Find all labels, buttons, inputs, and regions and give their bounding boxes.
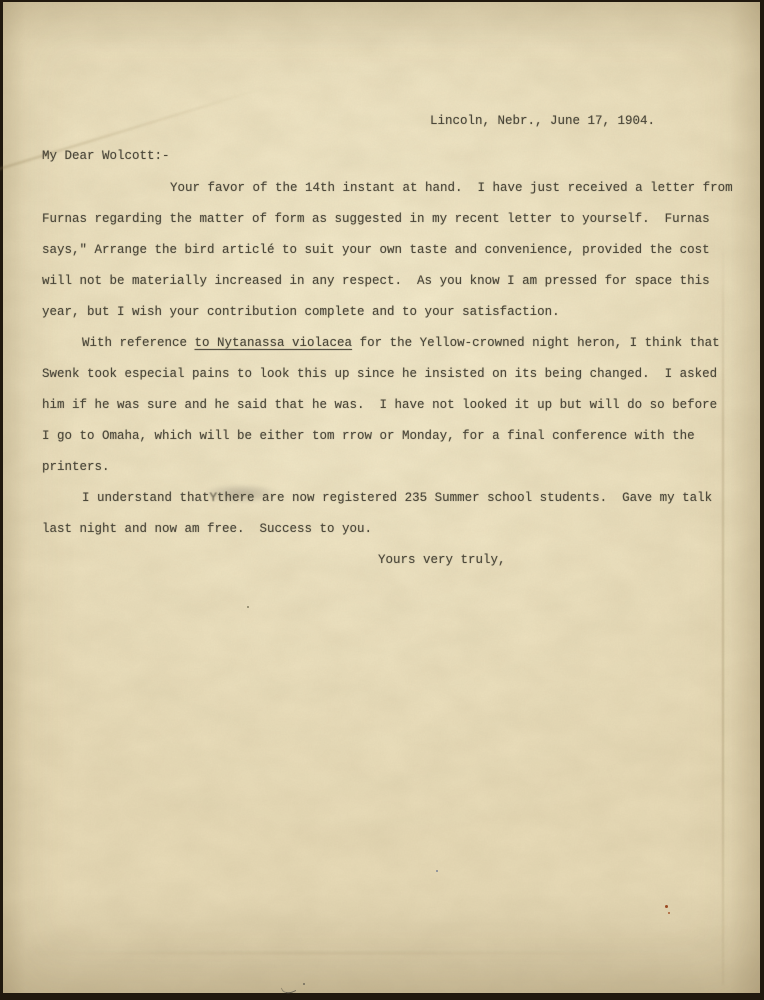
salutation-line: My Dear Wolcott:- [42,141,742,172]
paragraph-line: I understand thatYthere are now register… [42,483,742,514]
paragraph-line: last night and now am free. Success to y… [42,514,742,545]
paragraph-text: I understand that [82,491,210,505]
paragraph-text: for the Yellow-crowned night heron, I th… [352,336,720,350]
paragraph-line: year, but I wish your contribution compl… [42,297,742,328]
paragraph-line: Furnas regarding the matter of form as s… [42,204,742,235]
closing-line: Yours very truly, [42,545,742,576]
paragraph-line: him if he was sure and he said that he w… [42,390,742,421]
overstrike-character: Y [210,491,218,505]
scanned-letter-page: Lincoln, Nebr., June 17, 1904. My Dear W… [0,0,764,1000]
date-line: Lincoln, Nebr., June 17, 1904. [42,106,742,137]
paragraph-line: With reference to Nytanassa violacea for… [42,328,742,359]
paragraph-line: says," Arrange the bird articlé to suit … [42,235,742,266]
paragraph-text: there are now registered 235 Summer scho… [217,491,712,505]
paragraph-line: printers. [42,452,742,483]
paragraph-line: Swenk took especial pains to look this u… [42,359,742,390]
underlined-species-name: to Nytanassa violacea [195,336,353,350]
paragraph-text: With reference [82,336,195,350]
paragraph-line: I go to Omaha, which will be either tom … [42,421,742,452]
paragraph-line: will not be materially increased in any … [42,266,742,297]
letter-body: Lincoln, Nebr., June 17, 1904. My Dear W… [42,106,742,576]
paragraph-line: Your favor of the 14th instant at hand. … [42,173,742,204]
